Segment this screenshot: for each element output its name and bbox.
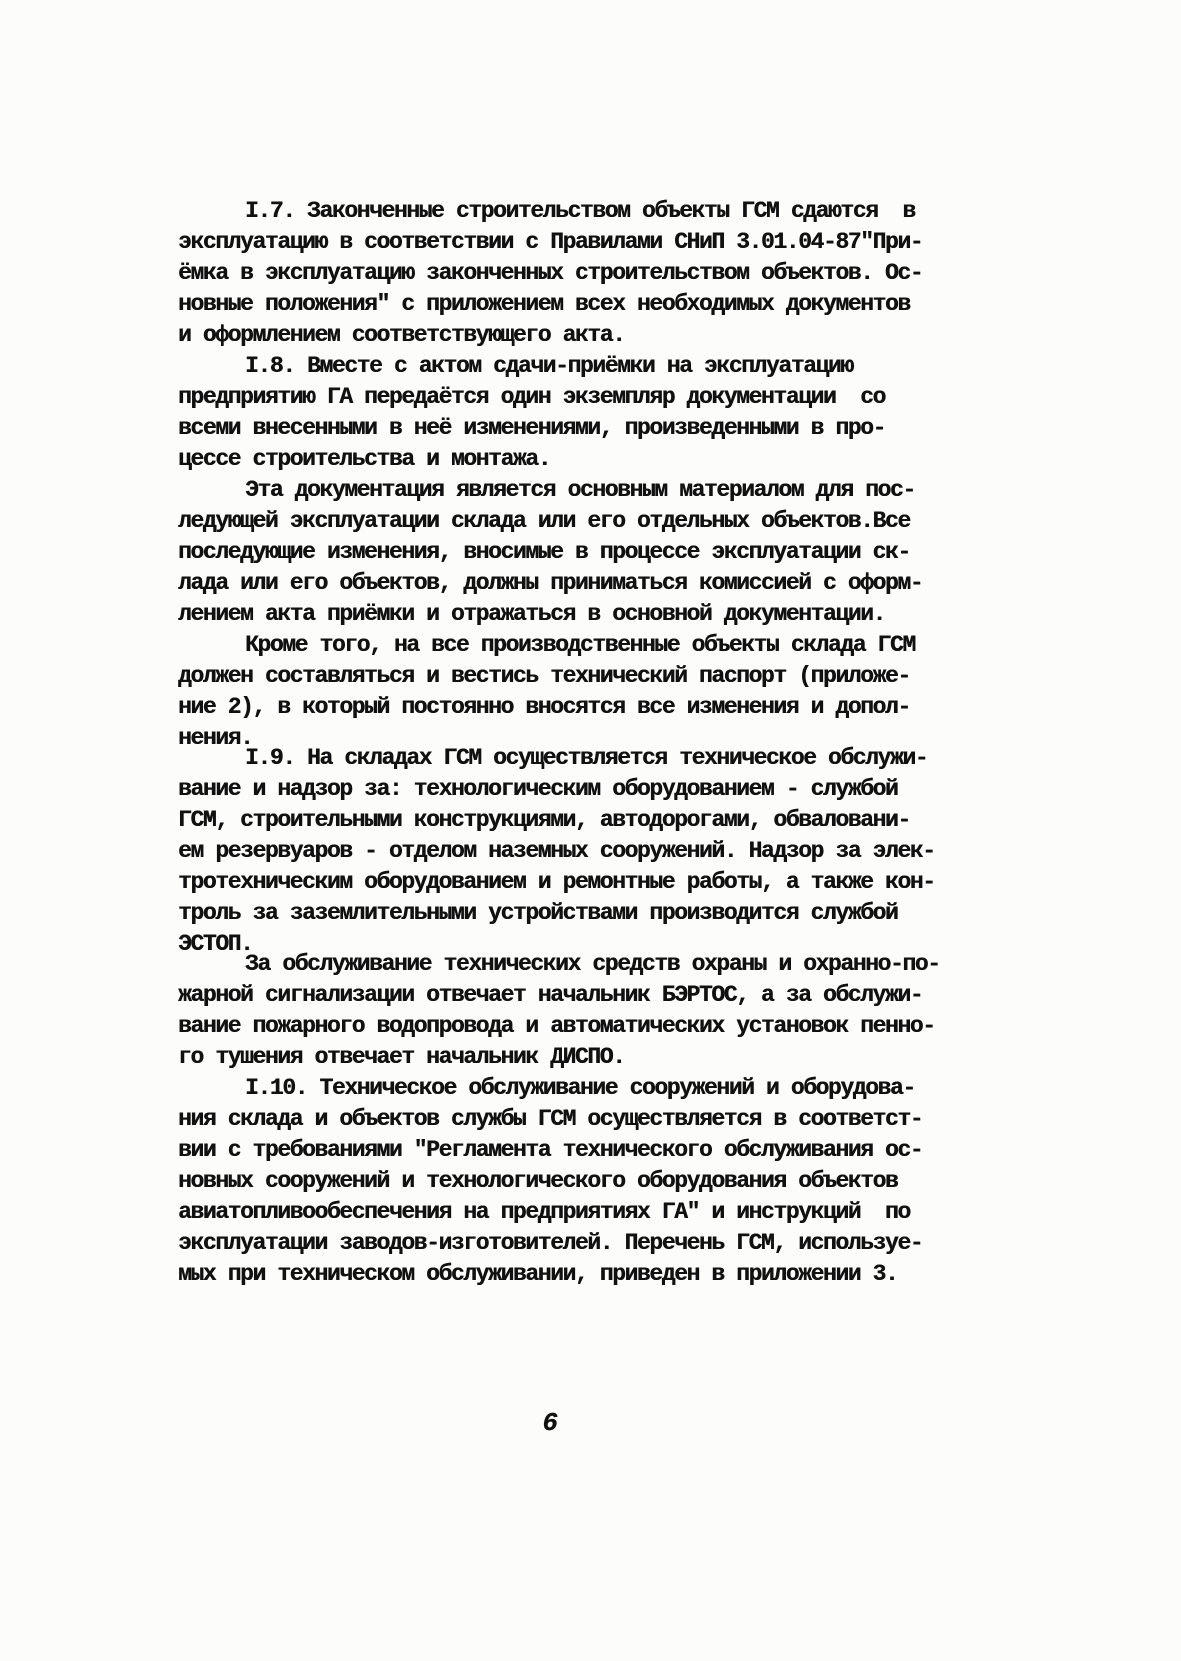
text-line: I.9. На складах ГСМ осуществляется техни… xyxy=(178,743,953,774)
text-line: авиатопливообеспечения на предприятиях Г… xyxy=(178,1197,953,1228)
text-line: лением акта приёмки и отражаться в основ… xyxy=(178,599,953,630)
text-line: тротехническим оборудованием и ремонтные… xyxy=(178,867,953,898)
text-line: вание и надзор за: технологическим обору… xyxy=(178,774,953,805)
text-line: цессе строительства и монтажа. xyxy=(178,444,953,475)
text-block: I.7. Законченные строительством объекты … xyxy=(178,196,953,1290)
text-line: ГСМ, строительными конструкциями, автодо… xyxy=(178,805,953,836)
text-line: новные положения" с приложением всех нео… xyxy=(178,289,953,320)
text-line: вание пожарного водопровода и автоматиче… xyxy=(178,1011,953,1042)
text-line: I.8. Вместе с актом сдачи-приёмки на экс… xyxy=(178,351,953,382)
text-line: ледующей эксплуатации склада или его отд… xyxy=(178,506,953,537)
text-line: Эта документация является основным матер… xyxy=(178,475,953,506)
text-line: I.10. Техническое обслуживание сооружени… xyxy=(178,1073,953,1104)
text-line: новных сооружений и технологического обо… xyxy=(178,1166,953,1197)
text-line: эксплуатацию в соответствии с Правилами … xyxy=(178,227,953,258)
text-line: За обслуживание технических средств охра… xyxy=(178,949,953,980)
text-line: мых при техническом обслуживании, привед… xyxy=(178,1259,953,1290)
text-line: лада или его объектов, должны приниматьс… xyxy=(178,568,953,599)
text-line: ния склада и объектов службы ГСМ осущест… xyxy=(178,1104,953,1135)
text-line: должен составляться и вестись технически… xyxy=(178,661,953,692)
document-page: I.7. Законченные строительством объекты … xyxy=(0,0,1181,1661)
text-line: ем резервуаров - отделом наземных сооруж… xyxy=(178,836,953,867)
text-line: жарной сигнализации отвечает начальник Б… xyxy=(178,980,953,1011)
text-line: предприятию ГА передаётся один экземпляр… xyxy=(178,382,953,413)
text-line: ние 2), в который постоянно вносятся все… xyxy=(178,692,953,723)
text-line: эксплуатации заводов-изготовителей. Пере… xyxy=(178,1228,953,1259)
text-line: ёмка в эксплуатацию законченных строител… xyxy=(178,258,953,289)
text-line: всеми внесенными в неё изменениями, прои… xyxy=(178,413,953,444)
text-line: и оформлением соответствующего акта. xyxy=(178,320,953,351)
text-line: Кроме того, на все производственные объе… xyxy=(178,630,953,661)
text-line: го тушения отвечает начальник ДИСПО. xyxy=(178,1042,953,1073)
text-line: вии с требованиями "Регламента техническ… xyxy=(178,1135,953,1166)
text-line: последующие изменения, вносимые в процес… xyxy=(178,537,953,568)
text-line: троль за заземлительными устройствами пр… xyxy=(178,898,953,929)
text-line: I.7. Законченные строительством объекты … xyxy=(178,196,953,227)
page-number: 6 xyxy=(530,1408,570,1438)
